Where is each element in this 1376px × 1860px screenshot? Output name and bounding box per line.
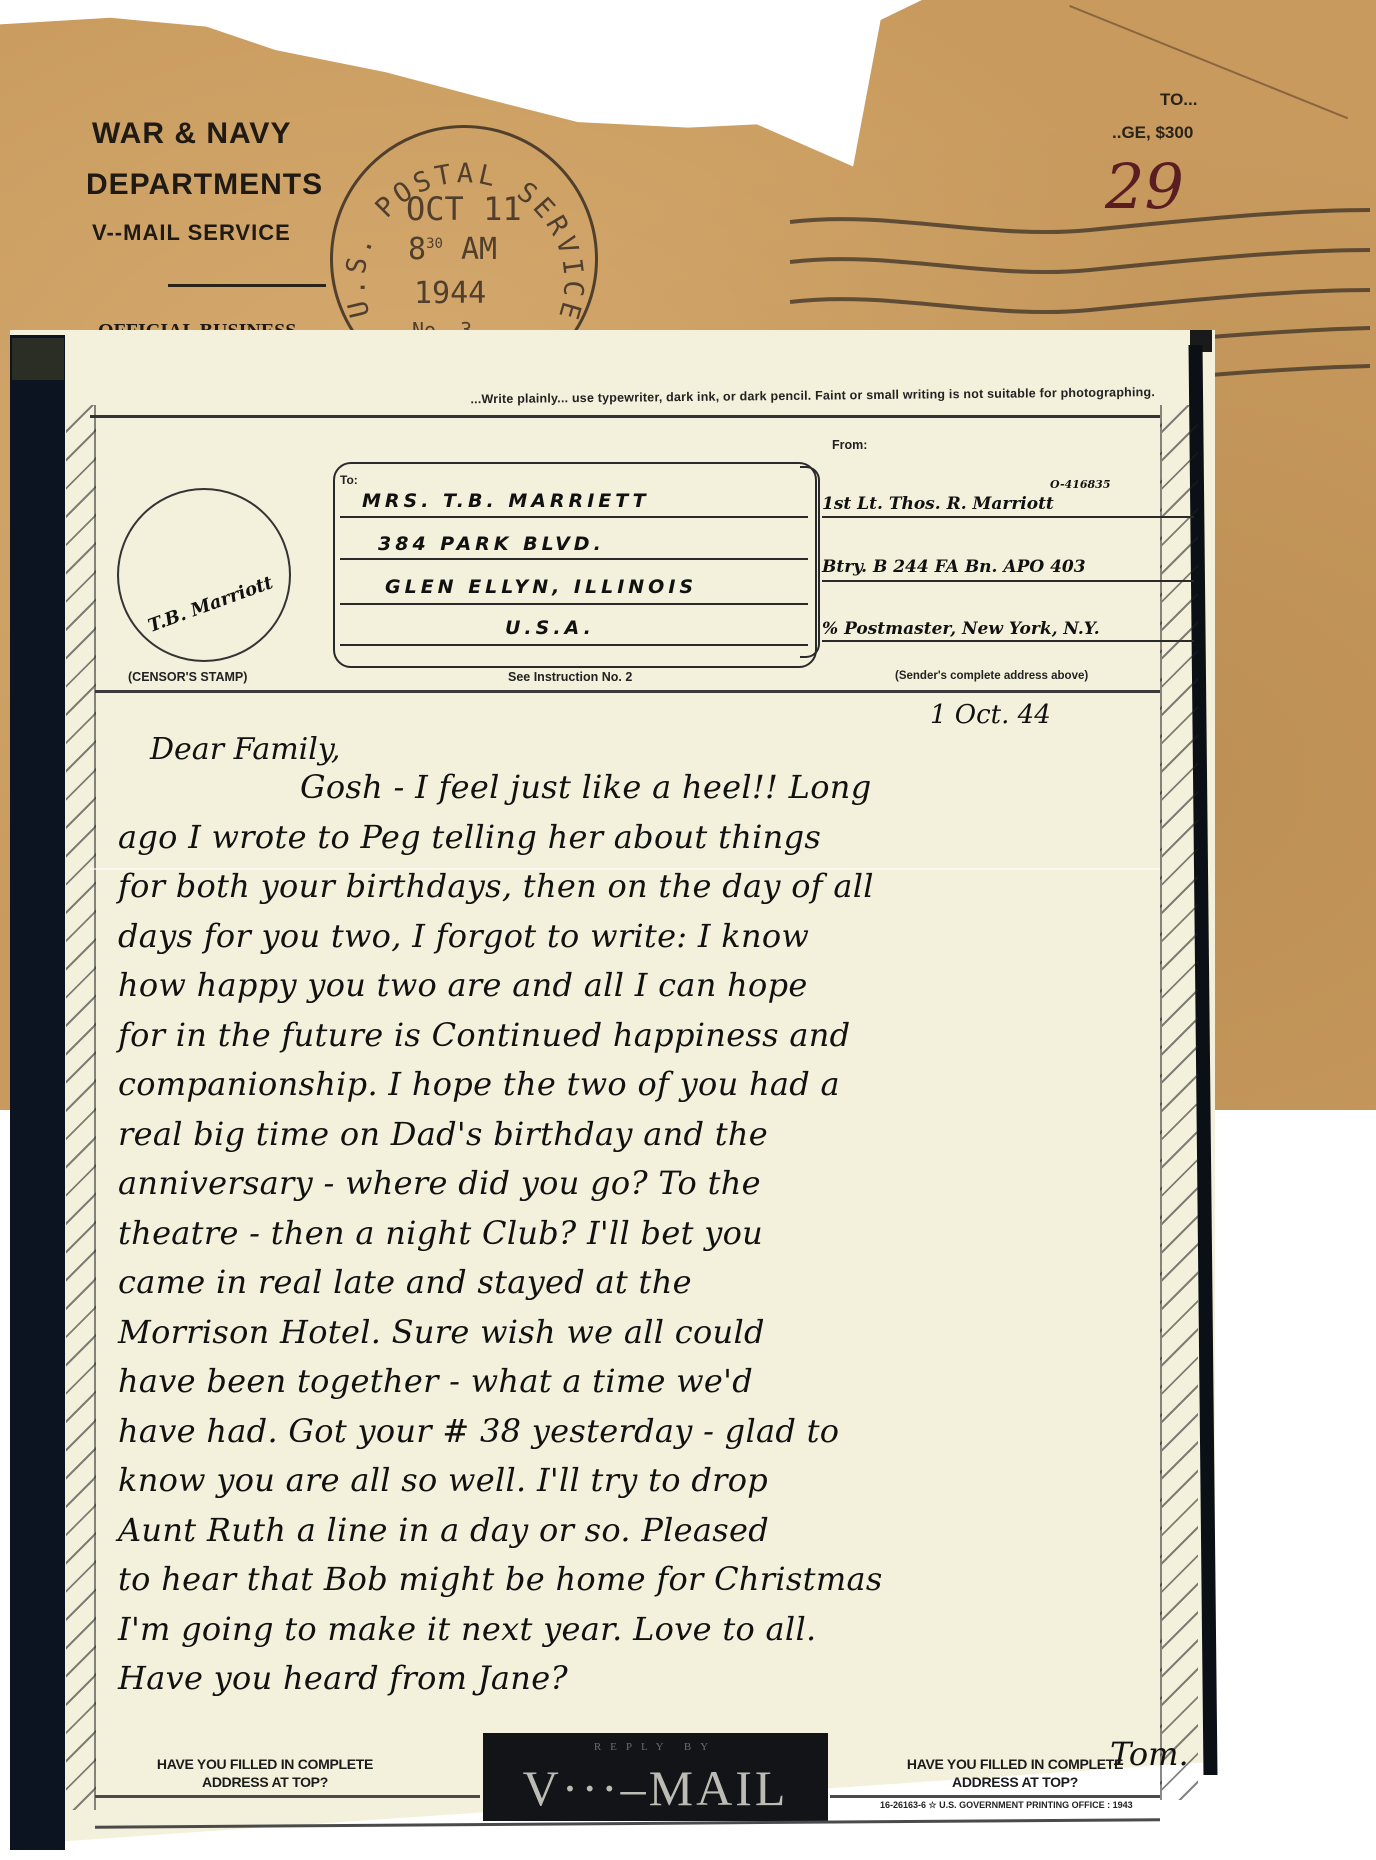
letter-left-black-band: [10, 335, 65, 1850]
from-line-1: 1st Lt. Thos. R. Marriott: [822, 494, 1054, 514]
to-address-line-1: MRS. T.B. MARRIETT: [362, 490, 650, 512]
to-label: To:: [340, 473, 358, 487]
see-instruction-label: See Instruction No. 2: [508, 670, 632, 684]
have-filled-left-line-1: HAVE YOU FILLED IN COMPLETE: [105, 1755, 425, 1773]
letter-body-line: ago I wrote to Peg telling her about thi…: [118, 818, 1158, 856]
to-rule-3: [340, 603, 808, 605]
from-line-3: % Postmaster, New York, N.Y.: [822, 619, 1100, 639]
letter-body-line: came in real late and stayed at the: [118, 1263, 1158, 1301]
to-address-line-3: GLEN ELLYN, ILLINOIS: [385, 576, 697, 598]
postmark-year: 1944: [414, 276, 486, 311]
letter-body-line: have had. Got your # 38 yesterday - glad…: [118, 1412, 1158, 1450]
letter-body-line: companionship. I hope the two of you had…: [118, 1065, 1158, 1103]
postmark-hour: 8: [408, 232, 426, 267]
reply-by-label: REPLY BY: [483, 1741, 828, 1753]
have-filled-right-line-1: HAVE YOU FILLED IN COMPLETE: [855, 1755, 1175, 1773]
bottom-rule-right: [830, 1795, 1160, 1798]
from-rule-1: [822, 516, 1194, 518]
to-rule-2: [340, 558, 808, 560]
letter-body-line: anniversary - where did you go? To the: [118, 1164, 1158, 1202]
gpo-print-line: 16-26163-6 ☆ U.S. GOVERNMENT PRINTING OF…: [880, 1800, 1133, 1811]
postmark-date: OCT 11: [406, 190, 522, 228]
letter-body-line: real big time on Dad's birthday and the: [118, 1115, 1158, 1153]
letter-body-line: to hear that Bob might be home for Chris…: [118, 1560, 1158, 1598]
have-filled-left: HAVE YOU FILLED IN COMPLETE ADDRESS AT T…: [105, 1755, 425, 1791]
letter-body-line: have been together - what a time we'd: [118, 1362, 1158, 1400]
letter-left-hatched-border: [66, 405, 96, 1810]
envelope-rule: [168, 284, 326, 287]
sender-address-label: (Sender's complete address above): [895, 670, 1088, 682]
vmail-logo: V···–MAIL: [483, 1759, 828, 1817]
form-mid-rule: [95, 690, 1160, 693]
envelope-header-vmail-service: V--MAIL SERVICE: [92, 220, 291, 246]
letter-left-band-top: [12, 338, 64, 380]
postmark-minute: 30: [426, 236, 443, 252]
fold-crease: [90, 868, 1160, 870]
from-line-2: Btry. B 244 FA Bn. APO 403: [822, 557, 1086, 577]
from-serial-number: O-416835: [1050, 478, 1110, 491]
letter-date: 1 Oct. 44: [930, 700, 1051, 730]
letter-body-line: days for you two, I forgot to write: I k…: [118, 917, 1158, 955]
letter-body-line: for both your birthdays, then on the day…: [118, 867, 1158, 905]
from-bracket: [800, 466, 820, 658]
letter-body-line: theatre - then a night Club? I'll bet yo…: [118, 1214, 1158, 1252]
letter-body-line: Aunt Ruth a line in a day or so. Pleased: [118, 1511, 1158, 1549]
from-rule-3: [822, 640, 1194, 642]
letter-body-line: how happy you two are and all I can hope: [118, 966, 1158, 1004]
have-filled-left-line-2: ADDRESS AT TOP?: [105, 1773, 425, 1791]
to-address-line-2: 384 PARK BLVD.: [378, 533, 605, 555]
postmark-ampm: AM: [461, 232, 497, 267]
envelope-topright-line-1: TO...: [1160, 90, 1197, 110]
letter-body-line: know you are all so well. I'll try to dr…: [118, 1461, 1158, 1499]
from-label: From:: [832, 438, 867, 452]
letter-body-line: for in the future is Continued happiness…: [118, 1016, 1158, 1054]
letter-right-hatched-border: [1160, 405, 1198, 1800]
letter-body-line: Morrison Hotel. Sure wish we all could: [118, 1313, 1158, 1351]
reply-by-vmail-box: REPLY BY V···–MAIL: [483, 1733, 828, 1821]
to-rule-1: [340, 516, 808, 518]
letter-body-line: Have you heard from Jane?: [118, 1659, 1158, 1697]
letter-body-line: Gosh - I feel just like a heel!! Long: [300, 768, 1340, 806]
bottom-rule-left: [95, 1795, 480, 1798]
form-top-rule: [90, 415, 1160, 418]
envelope-topright-line-2: ..GE, $300: [1112, 123, 1193, 143]
letter-salutation: Dear Family,: [150, 732, 340, 767]
envelope-header-war-navy: WAR & NAVY: [92, 117, 291, 151]
have-filled-right: HAVE YOU FILLED IN COMPLETE ADDRESS AT T…: [855, 1755, 1175, 1791]
envelope-header-departments: DEPARTMENTS: [86, 168, 323, 202]
have-filled-right-line-2: ADDRESS AT TOP?: [855, 1773, 1175, 1791]
letter-body-line: I'm going to make it next year. Love to …: [118, 1610, 1158, 1648]
to-rule-4: [340, 644, 808, 646]
postmark-time: 830 AM: [408, 232, 497, 267]
censor-stamp-label: (CENSOR'S STAMP): [128, 670, 247, 684]
from-rule-2: [822, 580, 1194, 582]
to-address-line-4: U.S.A.: [505, 617, 595, 639]
envelope-handwritten-number: 29: [1105, 150, 1184, 223]
